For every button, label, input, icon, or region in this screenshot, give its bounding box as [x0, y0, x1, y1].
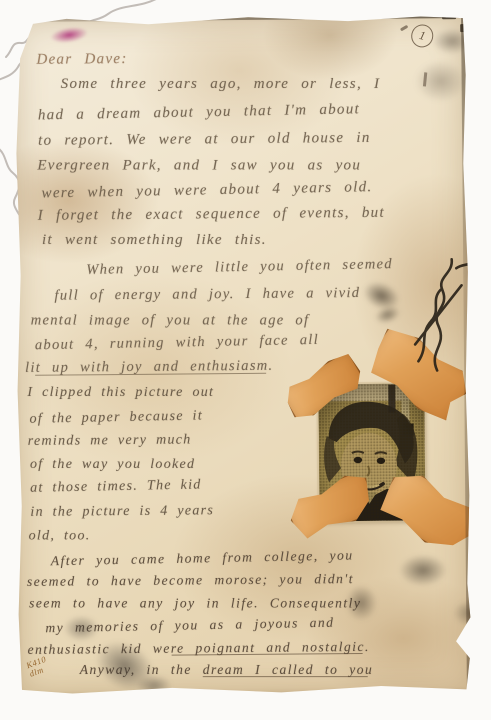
- letter-line: I clipped this picture out: [27, 385, 214, 401]
- magenta-ink-smudge: [49, 25, 89, 45]
- letter-line: at those times. The kid: [30, 477, 202, 496]
- letter-line: it went something like this.: [42, 232, 267, 249]
- letter-line: Dear Dave:: [36, 51, 127, 69]
- letter-line: After you came home from college, you: [51, 547, 354, 569]
- letter-line: of the paper because it: [29, 408, 203, 427]
- letter-line: had a dream about you that I'm about: [38, 101, 360, 124]
- letter-line: seemed to have become morose; you didn't: [27, 571, 354, 590]
- letter-line: full of energy and joy. I have a vivid: [54, 285, 360, 305]
- archive-mark: K410 dlm: [25, 655, 50, 679]
- letter-line: mental image of you at the age of: [31, 313, 310, 330]
- ink-blot: [345, 585, 377, 621]
- letter-line: When you were little you often seemed: [86, 256, 393, 279]
- letter-line: Some three years ago, more or less, I: [61, 76, 381, 93]
- letter-line: old, too.: [29, 529, 91, 545]
- page-number-circled: 1: [409, 22, 436, 50]
- letter-line: Evergreen Park, and I saw you as you: [37, 157, 361, 174]
- letter-line: I forget the exact sequence of events, b…: [38, 205, 385, 225]
- letter-line: of the way you looked: [30, 457, 195, 473]
- letter-line: in the picture is 4 years: [30, 503, 214, 521]
- ink-blot: [399, 554, 447, 586]
- letter-line: reminds me very much: [28, 432, 192, 449]
- letter-line: seem to have any joy in life. Consequent…: [29, 595, 361, 611]
- letter-line: to report. We were at our old house in: [38, 130, 371, 150]
- stray-pen-mark: [400, 25, 408, 32]
- letter-line: were when you were about 4 years old.: [41, 179, 372, 202]
- letter-line: lit up with joy and enthusiasm.: [25, 358, 273, 377]
- ink-smudge: [414, 60, 466, 102]
- letter-paper: 1 Dear Dave: Some three years ago, more …: [12, 14, 472, 696]
- scanned-letter-page: 1 Dear Dave: Some three years ago, more …: [0, 0, 491, 720]
- charcoal-smudge: [63, 615, 99, 641]
- letter-line: enthusiastic kid were poignant and nosta…: [27, 639, 369, 658]
- letter-line: about 4, running with your face all: [35, 332, 319, 354]
